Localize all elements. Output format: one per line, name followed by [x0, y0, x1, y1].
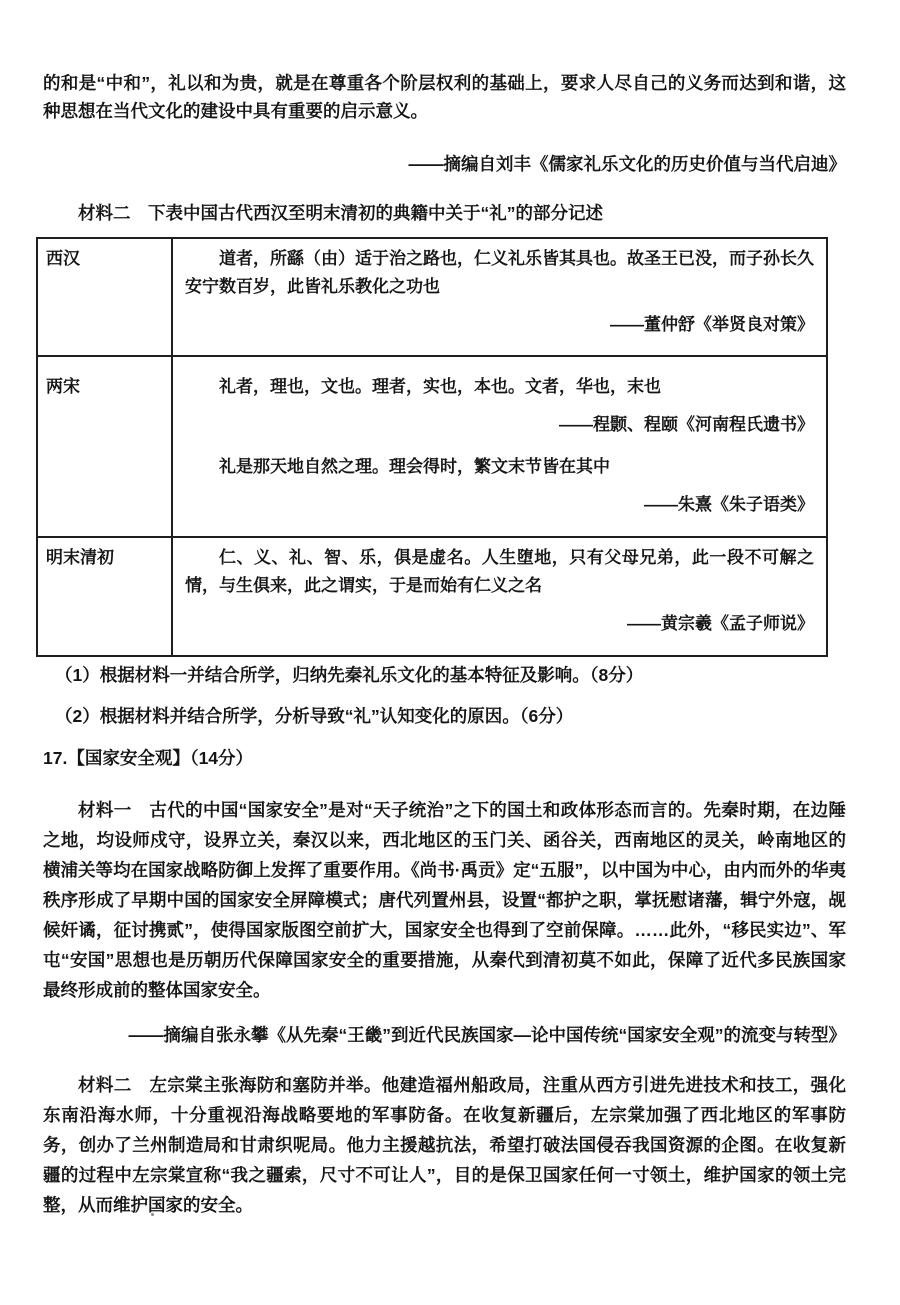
question-16-2: （2）根据材料并结合所学，分析导致“礼”认知变化的原因。（6分）	[55, 702, 846, 730]
period-cell: 明末清初	[37, 537, 172, 656]
q17-material-one-citation: ——摘编自张永攀《从先秦“王畿”到近代民族国家—论中国传统“国家安全观”的流变与…	[43, 1020, 846, 1050]
quote-text: 礼者，理也，文也。理者，实也，本也。文者，华也，末也	[185, 373, 814, 401]
question-17-heading: 17.【国家安全观】（14分）	[43, 744, 846, 772]
table-row-liangsong: 两宋 礼者，理也，文也。理者，实也，本也。文者，华也，末也 ——程颢、程颐《河南…	[37, 356, 827, 537]
li-records-table: 西汉 道者，所繇（由）适于治之路也，仁义礼乐皆其具也。故圣王已没，而子孙长久安宁…	[36, 237, 828, 657]
content-cell: 道者，所繇（由）适于治之路也，仁义礼乐皆其具也。故圣王已没，而子孙长久安宁数百岁…	[172, 238, 827, 356]
content-cell: 礼者，理也，文也。理者，实也，本也。文者，华也，末也 ——程颢、程颐《河南程氏遗…	[172, 356, 827, 537]
quote-source: ——朱熹《朱子语类》	[185, 491, 814, 519]
table-row-xihan: 西汉 道者，所繇（由）适于治之路也，仁义礼乐皆其具也。故圣王已没，而子孙长久安宁…	[37, 238, 827, 356]
quote-text: 礼是那天地自然之理。理会得时，繁文末节皆在其中	[185, 453, 814, 481]
q17-material-one-paragraph: 材料一 古代的中国“国家安全”是对“天子统治”之下的国土和政体形态而言的。先秦时…	[43, 795, 846, 1005]
intro-paragraph: 的和是“中和”，礼以和为贵，就是在尊重各个阶层权利的基础上，要求人尽自己的义务而…	[43, 69, 846, 125]
period-cell: 两宋	[37, 356, 172, 537]
material-one-citation: ——摘编自刘丰《儒家礼乐文化的历史价值与当代启迪》	[43, 150, 846, 178]
quote-source: ——程颢、程颐《河南程氏遗书》	[185, 411, 814, 439]
content-cell: 仁、义、礼、智、乐，俱是虚名。人生堕地，只有父母兄弟，此一段不可解之情，与生俱来…	[172, 537, 827, 656]
material-two-heading: 材料二 下表中国古代西汉至明末清初的典籍中关于“礼”的部分记述	[43, 199, 846, 227]
quote-source: ——黄宗羲《孟子师说》	[185, 610, 814, 638]
quote-text: 仁、义、礼、智、乐，俱是虚名。人生堕地，只有父母兄弟，此一段不可解之情，与生俱来…	[185, 544, 814, 600]
question-16-1: （1）根据材料一并结合所学，归纳先秦礼乐文化的基本特征及影响。（8分）	[55, 661, 846, 689]
q17-material-two-paragraph: 材料二 左宗棠主张海防和塞防并举。他建造福州船政局，注重从西方引进先进技术和技工…	[43, 1070, 846, 1220]
quote-text: 道者，所繇（由）适于治之路也，仁义礼乐皆其具也。故圣王已没，而子孙长久安宁数百岁…	[185, 245, 814, 301]
table-row-mingmo-qingchu: 明末清初 仁、义、礼、智、乐，俱是虚名。人生堕地，只有父母兄弟，此一段不可解之情…	[37, 537, 827, 656]
scan-artifact-dot	[151, 1213, 154, 1216]
quote-source: ——董仲舒《举贤良对策》	[185, 311, 814, 339]
exam-document-page: 的和是“中和”，礼以和为贵，就是在尊重各个阶层权利的基础上，要求人尽自己的义务而…	[0, 0, 900, 1305]
period-cell: 西汉	[37, 238, 172, 356]
